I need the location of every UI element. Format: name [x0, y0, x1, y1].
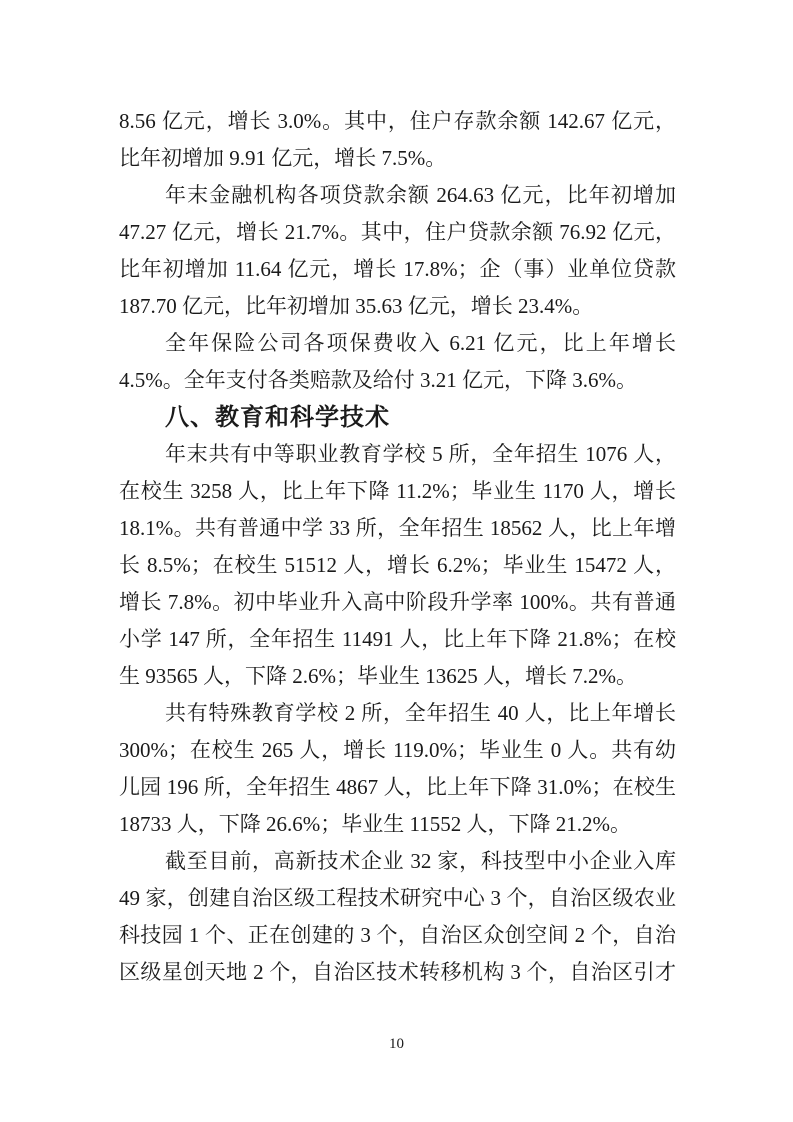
text-line: 年末金融机构各项贷款余额 264.63 亿元，比年初增加 — [119, 177, 676, 214]
text-line: 年末共有中等职业教育学校 5 所，全年招生 1076 人， — [119, 436, 676, 473]
text-line: 18.1%。共有普通中学 33 所，全年招生 18562 人，比上年增 — [119, 510, 676, 547]
text-line: 187.70 亿元，比年初增加 35.63 亿元，增长 23.4%。 — [119, 288, 676, 325]
text-line: 47.27 亿元，增长 21.7%。其中，住户贷款余额 76.92 亿元， — [119, 214, 676, 251]
text-line: 8.56 亿元，增长 3.0%。其中，住户存款余额 142.67 亿元， — [119, 103, 676, 140]
text-line: 科技园 1 个、正在创建的 3 个，自治区众创空间 2 个，自治 — [119, 917, 676, 954]
text-line: 49 家，创建自治区级工程技术研究中心 3 个，自治区级农业 — [119, 880, 676, 917]
text-line: 截至目前，高新技术企业 32 家，科技型中小企业入库 — [119, 843, 676, 880]
page-number: 10 — [0, 1034, 793, 1054]
text-line: 300%；在校生 265 人，增长 119.0%；毕业生 0 人。共有幼 — [119, 732, 676, 769]
document-page: 8.56 亿元，增长 3.0%。其中，住户存款余额 142.67 亿元，比年初增… — [0, 0, 793, 1122]
text-line: 小学 147 所，全年招生 11491 人，比上年下降 21.8%；在校 — [119, 621, 676, 658]
text-line: 儿园 196 所，全年招生 4867 人，比上年下降 31.0%；在校生 — [119, 769, 676, 806]
text-line: 18733 人，下降 26.6%；毕业生 11552 人，下降 21.2%。 — [119, 806, 676, 843]
text-line: 在校生 3258 人，比上年下降 11.2%；毕业生 1170 人，增长 — [119, 473, 676, 510]
text-line: 4.5%。全年支付各类赔款及给付 3.21 亿元，下降 3.6%。 — [119, 362, 676, 399]
text-line: 生 93565 人，下降 2.6%；毕业生 13625 人，增长 7.2%。 — [119, 658, 676, 695]
document-body: 8.56 亿元，增长 3.0%。其中，住户存款余额 142.67 亿元，比年初增… — [119, 103, 676, 991]
section-heading: 八、教育和科学技术 — [119, 399, 676, 436]
text-line: 增长 7.8%。初中毕业升入高中阶段升学率 100%。共有普通 — [119, 584, 676, 621]
text-line: 比年初增加 11.64 亿元，增长 17.8%；企（事）业单位贷款 — [119, 251, 676, 288]
text-line: 长 8.5%；在校生 51512 人，增长 6.2%；毕业生 15472 人， — [119, 547, 676, 584]
text-line: 全年保险公司各项保费收入 6.21 亿元，比上年增长 — [119, 325, 676, 362]
text-line: 区级星创天地 2 个，自治区技术转移机构 3 个，自治区引才 — [119, 954, 676, 991]
text-line: 比年初增加 9.91 亿元，增长 7.5%。 — [119, 140, 676, 177]
text-line: 共有特殊教育学校 2 所，全年招生 40 人，比上年增长 — [119, 695, 676, 732]
